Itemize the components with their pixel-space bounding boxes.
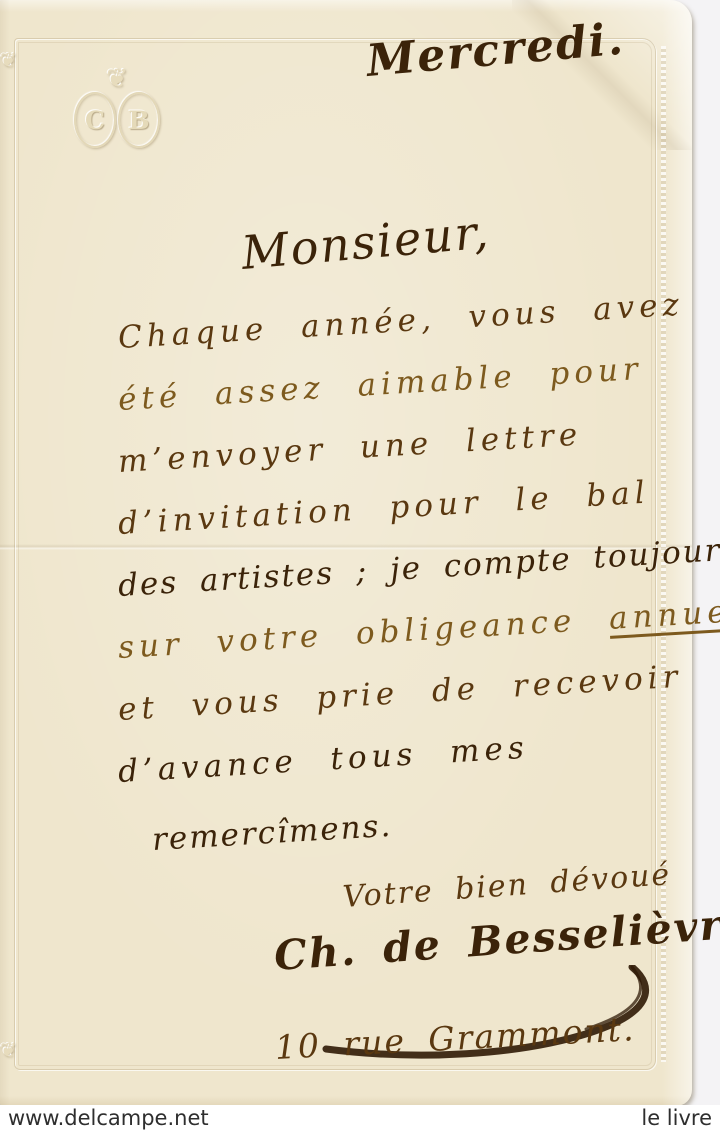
dealer-watermark-bar: www.delcampe.net le livre: [0, 1105, 720, 1132]
embossed-corner-ornament: ❦: [0, 48, 17, 72]
monogram-ovals: C B: [62, 92, 172, 148]
monogram-crest-ornament: ❦: [62, 68, 172, 90]
embossed-corner-ornament: ❦: [0, 1038, 17, 1062]
monogram-initial-right: B: [118, 92, 160, 148]
monogram-initial-left: C: [74, 92, 116, 148]
embossed-monogram-seal: ❦ C B: [62, 68, 172, 148]
watermark-right-text: le livre: [641, 1106, 712, 1130]
watermark-left-text: www.delcampe.net: [8, 1106, 209, 1130]
letter-body: Chaque année, vous avez été assez aimabl…: [120, 320, 680, 884]
letter-photo: ❦ ❦ ❦ C B Mercredi. Monsieur, Chaque ann…: [0, 0, 720, 1132]
letter-paper-sheet: ❦ ❦ ❦ C B Mercredi. Monsieur, Chaque ann…: [0, 0, 692, 1106]
